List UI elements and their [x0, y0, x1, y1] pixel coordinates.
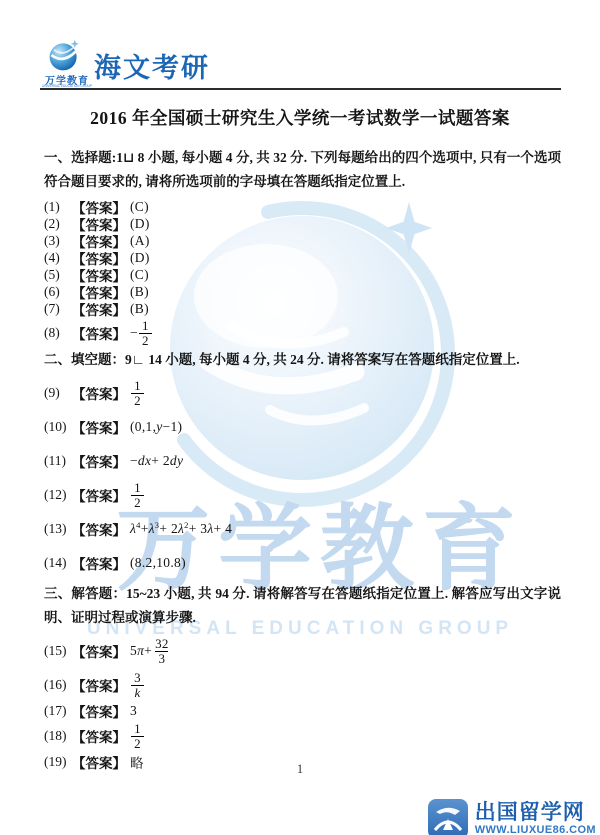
answer-label: 【答案】 — [72, 417, 126, 437]
answer-row: (15)【答案】5π + 323 — [44, 634, 561, 668]
answer-number: (13) — [44, 521, 72, 537]
answer-row: (13)【答案】λ4 + λ3 + 2λ2 + 3λ + 4 — [44, 512, 561, 546]
answer-text: (B) — [130, 301, 149, 317]
section-choice: 一、选择题:1⊔ 8 小题, 每小题 4 分, 共 32 分. 下列每题给出的四… — [44, 146, 561, 349]
answer-text: (D) — [130, 216, 150, 232]
answer-number: (1) — [44, 199, 72, 215]
answer-value: (B) — [130, 284, 149, 300]
answer-text: (0,1, — [130, 419, 156, 435]
answer-row: (6)【答案】(B) — [44, 283, 561, 300]
answer-value: (A) — [130, 233, 150, 249]
answer-number: (6) — [44, 284, 72, 300]
answer-label: 【答案】 — [72, 675, 126, 695]
answer-text: π — [137, 643, 144, 659]
fraction-numerator: 1 — [132, 379, 143, 393]
answer-value: 3 — [130, 703, 137, 719]
answer-row: (9)【答案】12 — [44, 376, 561, 410]
answer-row: (7)【答案】(B) — [44, 300, 561, 317]
answer-text: + — [144, 643, 152, 659]
section-heading: 三、解答题：15~23 小题, 共 94 分. 请将解答写在答题纸指定位置上. … — [44, 582, 561, 630]
answer-text: (C) — [130, 267, 149, 283]
answer-row: (11)【答案】−dx + 2dy — [44, 444, 561, 478]
answer-label: 【答案】 — [72, 485, 126, 505]
answer-value: 12 — [130, 379, 145, 407]
fraction-numerator: 1 — [132, 722, 143, 736]
answer-list: (9)【答案】12(10)【答案】(0,1, y−1)(11)【答案】−dx +… — [44, 376, 561, 580]
fraction: 12 — [131, 481, 144, 509]
answer-text: (B) — [130, 284, 149, 300]
answer-value: λ4 + λ3 + 2λ2 + 3λ + 4 — [130, 521, 232, 537]
section-heading: 一、选择题:1⊔ 8 小题, 每小题 4 分, 共 32 分. 下列每题给出的四… — [44, 146, 561, 194]
answer-value: (D) — [130, 250, 150, 266]
answer-text: + 2 — [151, 453, 170, 469]
fraction-numerator: 1 — [132, 481, 143, 495]
answer-text: (A) — [130, 233, 150, 249]
site-name: 出国留学网 — [475, 802, 596, 823]
answer-number: (12) — [44, 487, 72, 503]
answer-value: (8.2,10.8) — [130, 555, 186, 571]
answer-number: (4) — [44, 250, 72, 266]
fraction-denominator: k — [131, 685, 144, 700]
section-solution: 三、解答题：15~23 小题, 共 94 分. 请将解答写在答题纸指定位置上. … — [44, 582, 561, 770]
answer-label: 【答案】 — [72, 323, 126, 343]
answer-row: (14)【答案】(8.2,10.8) — [44, 546, 561, 580]
answer-number: (18) — [44, 728, 72, 744]
answer-text: (D) — [130, 250, 150, 266]
answer-text: − — [130, 325, 138, 341]
answer-text: + — [141, 521, 149, 537]
answer-row: (4)【答案】(D) — [44, 249, 561, 266]
answer-value: (C) — [130, 199, 149, 215]
answer-value: 3k — [130, 671, 145, 699]
answer-list: (1)【答案】(C)(2)【答案】(D)(3)【答案】(A)(4)【答案】(D)… — [44, 198, 561, 349]
answer-value: −dx + 2dy — [130, 453, 183, 469]
brand-globe-icon — [46, 38, 82, 74]
answer-text: 3 — [130, 703, 137, 719]
answer-value: (C) — [130, 267, 149, 283]
page-title: 2016 年全国硕士研究生入学统一考试数学一试题答案 — [0, 105, 600, 130]
answer-text: (C) — [130, 199, 149, 215]
answer-number: (16) — [44, 677, 72, 693]
answer-text: dx — [138, 453, 151, 469]
answer-text: + 2 — [159, 521, 178, 537]
answer-value: 5π + 323 — [130, 637, 172, 665]
answer-row: (1)【答案】(C) — [44, 198, 561, 215]
answer-value: (0,1, y−1) — [130, 419, 182, 435]
fraction: 12 — [131, 722, 144, 750]
fraction: 323 — [153, 637, 171, 665]
answer-row: (2)【答案】(D) — [44, 215, 561, 232]
answer-number: (17) — [44, 703, 72, 719]
answer-row: (17)【答案】3 — [44, 702, 561, 719]
answer-number: (5) — [44, 267, 72, 283]
answer-text: −1) — [163, 419, 183, 435]
fraction-denominator: 2 — [131, 495, 144, 510]
answer-label: 【答案】 — [72, 701, 126, 721]
answer-number: (10) — [44, 419, 72, 435]
section-heading: 二、填空题：9∟ 14 小题, 每小题 4 分, 共 24 分. 请将答案写在答… — [44, 348, 561, 372]
answer-text: dy — [170, 453, 183, 469]
answer-number: (3) — [44, 233, 72, 249]
answer-value: 12 — [130, 481, 145, 509]
fraction: 12 — [131, 379, 144, 407]
answer-label: 【答案】 — [72, 641, 126, 661]
brand-title: 海文考研 — [94, 46, 210, 85]
answer-row: (16)【答案】3k — [44, 668, 561, 702]
fraction-numerator: 1 — [140, 319, 151, 333]
document-page: 万学教育 UNIVERSAL EDUCATION GROUP 万学教育 UNIV… — [0, 0, 600, 835]
answer-value: (B) — [130, 301, 149, 317]
answer-row: (3)【答案】(A) — [44, 232, 561, 249]
fraction-numerator: 32 — [153, 637, 171, 651]
section-fill-blank: 二、填空题：9∟ 14 小题, 每小题 4 分, 共 24 分. 请将答案写在答… — [44, 348, 561, 580]
answer-label: 【答案】 — [72, 726, 126, 746]
answer-text: + 4 — [214, 521, 233, 537]
answer-value: 12 — [130, 722, 145, 750]
answer-text: 5 — [130, 643, 137, 659]
answer-number: (15) — [44, 643, 72, 659]
answer-label: 【答案】 — [72, 383, 126, 403]
answer-number: (7) — [44, 301, 72, 317]
answer-text: − — [130, 453, 138, 469]
answer-label: 【答案】 — [72, 299, 126, 319]
answer-list: (15)【答案】5π + 323(16)【答案】3k(17)【答案】3(18)【… — [44, 634, 561, 770]
fraction-numerator: 3 — [132, 671, 143, 685]
answer-text: + 3 — [189, 521, 208, 537]
answer-label: 【答案】 — [72, 553, 126, 573]
fraction-denominator: 2 — [131, 393, 144, 408]
fraction-denominator: 3 — [155, 651, 168, 666]
answer-value: (D) — [130, 216, 150, 232]
answer-number: (14) — [44, 555, 72, 571]
fraction: 12 — [139, 319, 152, 347]
answer-text: (8.2,10.8) — [130, 555, 186, 571]
answer-number: (2) — [44, 216, 72, 232]
answer-number: (8) — [44, 325, 72, 341]
answer-value: −12 — [130, 319, 153, 347]
fraction-denominator: 2 — [131, 736, 144, 751]
answer-label: 【答案】 — [72, 519, 126, 539]
answer-row: (5)【答案】(C) — [44, 266, 561, 283]
fraction: 3k — [131, 671, 144, 699]
site-stamp: 出国留学网 WWW.LIUXUE86.COM — [428, 799, 596, 835]
site-logo-icon — [428, 799, 468, 835]
answer-row: (18)【答案】12 — [44, 719, 561, 753]
page-number: 1 — [0, 762, 600, 777]
answer-label: 【答案】 — [72, 451, 126, 471]
answer-number: (11) — [44, 453, 72, 469]
answer-row: (12)【答案】12 — [44, 478, 561, 512]
answer-row: (10)【答案】(0,1, y−1) — [44, 410, 561, 444]
site-url: WWW.LIUXUE86.COM — [475, 825, 596, 835]
answer-row: (8)【答案】−12 — [44, 317, 561, 349]
fraction-denominator: 2 — [139, 333, 152, 348]
answer-number: (9) — [44, 385, 72, 401]
header-divider — [40, 88, 561, 90]
